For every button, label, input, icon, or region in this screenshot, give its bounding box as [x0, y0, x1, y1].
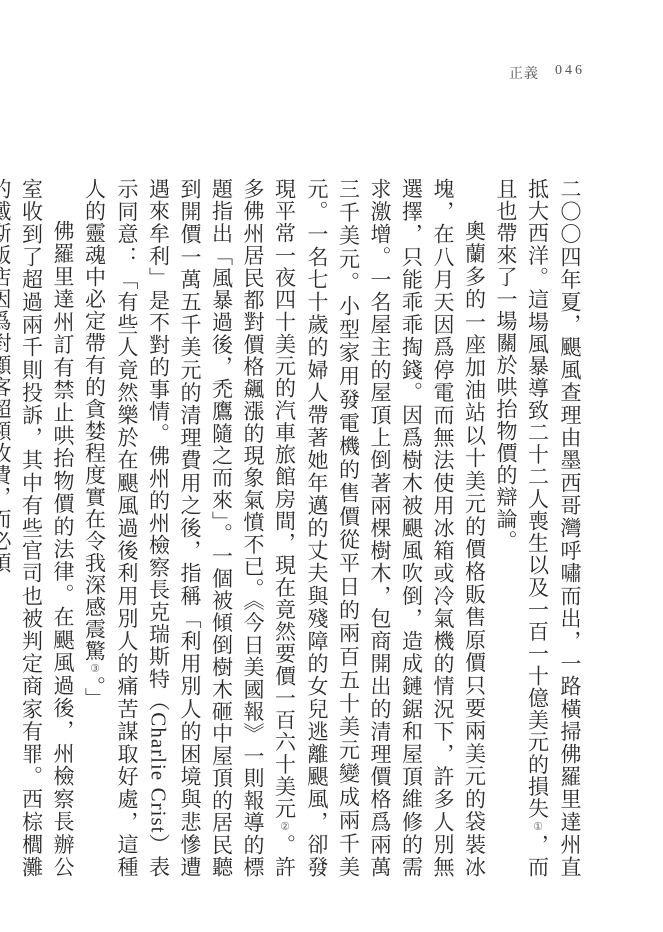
footnote-marker-3: ③	[89, 662, 102, 676]
paragraph-3: 佛羅里達州訂有禁止哄抬物價的法律。在颶風過後，州檢察長辦公室收到了超過兩千則投訴…	[0, 178, 78, 878]
paragraph-text: 奧蘭多的一座加油站以十美元的價格販售原價只要兩美元的袋裝冰塊，在八月天因爲停電而…	[273, 178, 487, 878]
page-number: 046	[555, 63, 585, 83]
paragraph-text: 。」	[83, 676, 107, 710]
footnote-marker-2: ②	[279, 820, 292, 834]
page-header: 正義 046	[509, 63, 585, 83]
paragraph-text: 二〇〇四年夏，颶風查理由墨西哥灣呼嘯而出，一路橫掃佛羅里達州直抵大西洋。這場風暴…	[526, 178, 583, 878]
paragraph-text: 佛羅里達州訂有禁止哄抬物價的法律。在颶風過後，州檢察長辦公室收到了超過兩千則投訴…	[0, 178, 75, 878]
book-title: 正義	[509, 63, 539, 83]
paragraph-2: 奧蘭多的一座加油站以十美元的價格販售原價只要兩美元的袋裝冰塊，在八月天因爲停電而…	[78, 178, 490, 878]
paragraph-1: 二〇〇四年夏，颶風查理由墨西哥灣呼嘯而出，一路橫掃佛羅里達州直抵大西洋。這場風暴…	[490, 178, 586, 878]
footnote-marker-1: ①	[532, 820, 545, 834]
latin-name: （Charlie Crist）	[147, 690, 171, 856]
vertical-text-body: 二〇〇四年夏，颶風查理由墨西哥灣呼嘯而出，一路橫掃佛羅里達州直抵大西洋。這場風暴…	[85, 178, 585, 878]
